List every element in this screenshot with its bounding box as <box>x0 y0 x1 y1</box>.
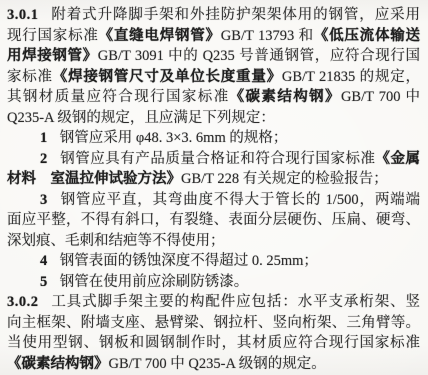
clause-301-line-5: 其钢材质量应符合现行国家标准《碳素结构钢》GB/T 700 中 <box>7 87 420 108</box>
document-body: 3.0.1附着式升降脚手架和外挂防护架架体用的钢管，应采用现行国家标准《直缝电焊… <box>7 5 420 374</box>
clause-number: 3.0.2 <box>7 294 39 310</box>
clause-number: 4 <box>40 253 48 269</box>
body-text: GB/T 700 中 Q235-A 级钢的规定。 <box>109 356 326 372</box>
standard-title-text: 用焊接钢管》 <box>7 48 98 64</box>
body-text: Q235-A 级钢的规定，且应满足下列规定： <box>7 110 275 126</box>
clause-302-line-1: 3.0.2工具式脚手架主要的构配件应包括：水平支承桁架、竖 <box>7 292 420 313</box>
item-5-line-1: 5钢管在使用前应涂刷防锈漆。 <box>7 272 420 293</box>
item-4-line-1: 4钢管表面的锈蚀深度不得超过 0. 25mm； <box>7 251 420 272</box>
clause-302-line-2: 向主框架、附墙支座、悬臂梁、钢拉杆、竖向桁架、三角臂等。 <box>7 313 420 334</box>
body-text: GB/T 21835 的规定， <box>282 69 420 85</box>
body-text: GB/T 3091 中的 Q235 号普通钢管，应符合现行国 <box>98 48 420 64</box>
body-text: 工具式脚手架主要的构配件应包括：水平支承桁架、竖 <box>51 294 421 310</box>
clause-number: 2 <box>40 151 48 167</box>
standard-title-text: 材料 室温拉伸试验方法》 <box>7 171 181 187</box>
body-text: 向主框架、附墙支座、悬臂梁、钢拉杆、竖向桁架、三角臂等。 <box>7 315 420 331</box>
standard-title-text: 《低压流体输送 <box>314 28 420 44</box>
item-2-line-2: 材料 室温拉伸试验方法》GB/T 228 有关规定的检验报告； <box>7 169 420 190</box>
standard-title-text: 《金属 <box>375 151 420 167</box>
clause-number: 3 <box>40 192 48 208</box>
body-text: GB/T 13793 和 <box>221 28 314 44</box>
item-3-line-2: 面应平整，不得有斜口，有裂缝、表面分层硬伤、压扁、硬弯、 <box>7 210 420 231</box>
clause-301-line-1: 3.0.1附着式升降脚手架和外挂防护架架体用的钢管，应采用 <box>7 5 420 26</box>
clause-number: 3.0.1 <box>7 7 39 23</box>
body-text: 钢管表面的锈蚀深度不得超过 0. 25mm； <box>60 253 318 269</box>
clause-301-line-2: 现行国家标准《直缝电焊钢管》GB/T 13793 和《低压流体输送 <box>7 26 420 47</box>
clause-302-line-4: 《碳素结构钢》GB/T 700 中 Q235-A 级钢的规定。 <box>7 354 420 375</box>
standard-title-text: 《直缝电焊钢管》 <box>99 28 221 44</box>
body-text: GB/T 228 有关规定的检验报告； <box>181 171 388 187</box>
body-text: 钢管应采用 φ48. 3×3. 6mm 的规格； <box>60 130 288 146</box>
item-1-line-1: 1钢管应采用 φ48. 3×3. 6mm 的规格； <box>7 128 420 149</box>
document-page: 3.0.1附着式升降脚手架和外挂防护架架体用的钢管，应采用现行国家标准《直缝电焊… <box>0 0 428 375</box>
item-2-line-1: 2钢管应具有产品质量合格证和符合现行国家标准《金属 <box>7 149 420 170</box>
clause-301-line-4: 家标准《焊接钢管尺寸及单位长度重量》GB/T 21835 的规定， <box>7 67 420 88</box>
item-3-line-3: 深划痕、毛刺和结疤等不得使用； <box>7 231 420 252</box>
body-text: 钢管在使用前应涂刷防锈漆。 <box>60 274 249 290</box>
body-text: 面应平整，不得有斜口，有裂缝、表面分层硬伤、压扁、硬弯、 <box>7 212 420 228</box>
standard-title-text: 《碳素结构钢》 <box>7 356 109 372</box>
standard-title-text: 《碳素结构钢》 <box>230 89 341 105</box>
body-text: 附着式升降脚手架和外挂防护架架体用的钢管，应采用 <box>51 7 421 23</box>
body-text: 钢管应平直，其弯曲度不得大于管长的 1/500，两端端 <box>60 192 420 208</box>
body-text: 当使用型钢、钢板和圆钢制作时，其材质应符合现行国家标准 <box>7 335 420 351</box>
standard-title-text: 《焊接钢管尺寸及单位长度重量》 <box>53 69 282 85</box>
clause-302-line-3: 当使用型钢、钢板和圆钢制作时，其材质应符合现行国家标准 <box>7 333 420 354</box>
clause-number: 5 <box>40 274 48 290</box>
clause-number: 1 <box>40 130 48 146</box>
item-3-line-1: 3钢管应平直，其弯曲度不得大于管长的 1/500，两端端 <box>7 190 420 211</box>
clause-301-line-6: Q235-A 级钢的规定，且应满足下列规定： <box>7 108 420 129</box>
body-text: 钢管应具有产品质量合格证和符合现行国家标准 <box>60 151 376 167</box>
clause-301-line-3: 用焊接钢管》GB/T 3091 中的 Q235 号普通钢管，应符合现行国 <box>7 46 420 67</box>
body-text: 其钢材质量应符合现行国家标准 <box>7 89 230 105</box>
body-text: 家标准 <box>7 69 53 85</box>
body-text: 现行国家标准 <box>7 28 99 44</box>
body-text: 深划痕、毛刺和结疤等不得使用； <box>7 233 225 249</box>
body-text: GB/T 700 中 <box>341 89 420 105</box>
